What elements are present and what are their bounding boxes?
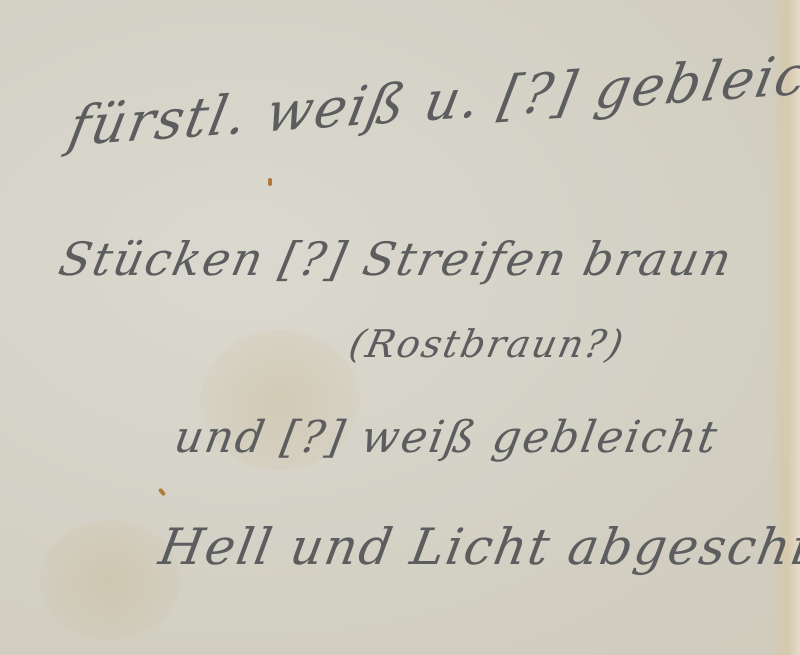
handwritten-line-2: Stücken [?] Streifen braun (54, 232, 738, 286)
handwritten-line-5: Hell und Licht abgeschied (155, 518, 800, 576)
handwritten-line-4: und [?] weiß gebleicht (171, 412, 723, 463)
ink-speck (158, 488, 166, 497)
manuscript-page: fürstl. weiß u. [?] gebleicht Stücken [?… (0, 0, 800, 655)
paper-stain (40, 520, 180, 640)
handwritten-line-3: (Rostbraun?) (345, 322, 629, 366)
handwritten-line-1: fürstl. weiß u. [?] gebleicht (64, 39, 800, 159)
ink-speck (268, 178, 272, 186)
